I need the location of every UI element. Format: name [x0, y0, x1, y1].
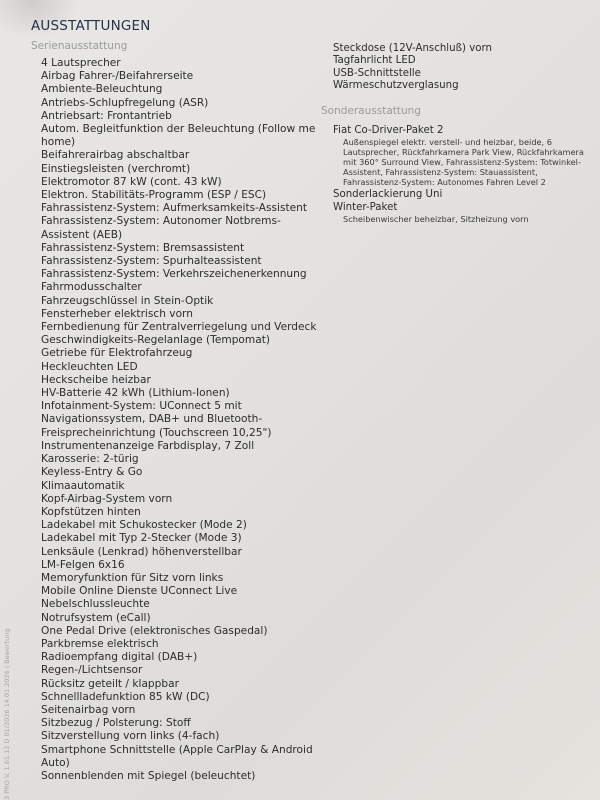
equipment-item: Smartphone Schnittstelle (Apple CarPlay … [41, 744, 326, 770]
equipment-item: Sitzverstellung vorn links (4-fach) [41, 730, 326, 743]
standard-equipment-label: Serienausstattung [31, 40, 127, 52]
equipment-item: Seitenairbag vorn [41, 704, 326, 717]
equipment-item: Instrumentenanzeige Farbdisplay, 7 Zoll [41, 440, 326, 453]
equipment-item: One Pedal Drive (elektronisches Gaspedal… [41, 625, 326, 638]
equipment-item: Radioempfang digital (DAB+) [41, 651, 326, 664]
equipment-item: Getriebe für Elektrofahrzeug [41, 347, 326, 360]
equipment-item: Schnellladefunktion 85 kW (DC) [41, 691, 326, 704]
equipment-item: Heckleuchten LED [41, 361, 326, 374]
equipment-item: Fernbedienung für Zentralverriegelung un… [41, 321, 326, 334]
equipment-item: Beifahrerairbag abschaltbar [41, 149, 326, 162]
standard-equipment-list-right: Steckdose (12V-Anschluß) vornTagfahrlich… [333, 43, 595, 93]
equipment-item: Geschwindigkeits-Regelanlage (Tempomat) [41, 334, 326, 347]
equipment-item: Karosserie: 2-türig [41, 453, 326, 466]
equipment-item: Regen-/Lichtsensor [41, 664, 326, 677]
equipment-item: LM-Felgen 6x16 [41, 559, 326, 572]
equipment-item: Notrufsystem (eCall) [41, 612, 326, 625]
equipment-item: Fahrassistenz-System: Aufmerksamkeits-As… [41, 202, 326, 215]
equipment-item: Tagfahrlicht LED [333, 55, 595, 67]
equipment-item: Lenksäule (Lenkrad) höhenverstellbar [41, 546, 326, 559]
equipment-item: HV-Batterie 42 kWh (Lithium-Ionen) [41, 387, 326, 400]
right-column: Steckdose (12V-Anschluß) vornTagfahrlich… [333, 43, 595, 224]
margin-note: 3 PRO V. 1.61.12 D 01/2026 14.01.2026 | … [3, 629, 11, 800]
equipment-item: Infotainment-System: UConnect 5 mit Navi… [41, 400, 326, 440]
equipment-item: Fensterheber elektrisch vorn [41, 308, 326, 321]
equipment-item: Fahrassistenz-System: Bremsassistent [41, 242, 326, 255]
package-name: Sonderlackierung Uni [333, 188, 595, 201]
equipment-item: Elektromotor 87 kW (cont. 43 kW) [41, 176, 326, 189]
document-page: AUSSTATTUNGEN Serienausstattung 4 Lautsp… [0, 0, 600, 800]
package-name: Fiat Co-Driver-Paket 2 [333, 124, 595, 137]
equipment-item: Ladekabel mit Typ 2-Stecker (Mode 3) [41, 532, 326, 545]
equipment-item: Antriebs-Schlupfregelung (ASR) [41, 97, 326, 110]
equipment-item: USB-Schnittstelle [333, 68, 595, 80]
equipment-item: Einstiegsleisten (verchromt) [41, 163, 326, 176]
equipment-item: Parkbremse elektrisch [41, 638, 326, 651]
equipment-item: Kopf-Airbag-System vorn [41, 493, 326, 506]
package-detail: Scheibenwischer beheizbar, Sitzheizung v… [333, 214, 595, 224]
equipment-item: Fahrmodusschalter [41, 281, 326, 294]
equipment-item: Airbag Fahrer-/Beifahrerseite [41, 70, 326, 83]
equipment-item: Sitzbezug / Polsterung: Stoff [41, 717, 326, 730]
equipment-item: Ambiente-Beleuchtung [41, 83, 326, 96]
equipment-item: Heckscheibe heizbar [41, 374, 326, 387]
equipment-item: Klimaautomatik [41, 480, 326, 493]
equipment-item: Ladekabel mit Schukostecker (Mode 2) [41, 519, 326, 532]
optional-package: Fiat Co-Driver-Paket 2Außenspiegel elekt… [333, 124, 595, 188]
equipment-item: Sonnenblenden mit Spiegel (beleuchtet) [41, 770, 326, 783]
equipment-item: Fahrassistenz-System: Autonomer Notbrems… [41, 215, 326, 241]
standard-equipment-list-left: 4 LautsprecherAirbag Fahrer-/Beifahrerse… [41, 57, 326, 783]
optional-equipment-label: Sonderausstattung [321, 105, 595, 117]
equipment-item: Mobile Online Dienste UConnect Live [41, 585, 326, 598]
optional-packages-list: Fiat Co-Driver-Paket 2Außenspiegel elekt… [333, 124, 595, 224]
equipment-item: Memoryfunktion für Sitz vorn links [41, 572, 326, 585]
equipment-item: Elektron. Stabilitäts-Programm (ESP / ES… [41, 189, 326, 202]
optional-package: Winter-PaketScheibenwischer beheizbar, S… [333, 201, 595, 224]
equipment-item: Kopfstützen hinten [41, 506, 326, 519]
page-title: AUSSTATTUNGEN [31, 18, 151, 34]
equipment-item: Rücksitz geteilt / klappbar [41, 678, 326, 691]
equipment-item: Fahrassistenz-System: Spurhalteassistent [41, 255, 326, 268]
optional-package: Sonderlackierung Uni [333, 188, 595, 201]
equipment-item: Antriebsart: Frontantrieb [41, 110, 326, 123]
equipment-item: 4 Lautsprecher [41, 57, 326, 70]
equipment-item: Keyless-Entry & Go [41, 466, 326, 479]
equipment-item: Autom. Begleitfunktion der Beleuchtung (… [41, 123, 326, 149]
equipment-item: Nebelschlussleuchte [41, 598, 326, 611]
equipment-item: Wärmeschutzverglasung [333, 80, 595, 92]
package-detail: Außenspiegel elektr. verstell- und heizb… [333, 137, 595, 188]
package-name: Winter-Paket [333, 201, 595, 214]
equipment-item: Fahrassistenz-System: Verkehrszeichenerk… [41, 268, 326, 281]
equipment-item: Fahrzeugschlüssel in Stein-Optik [41, 295, 326, 308]
equipment-item: Steckdose (12V-Anschluß) vorn [333, 43, 595, 55]
